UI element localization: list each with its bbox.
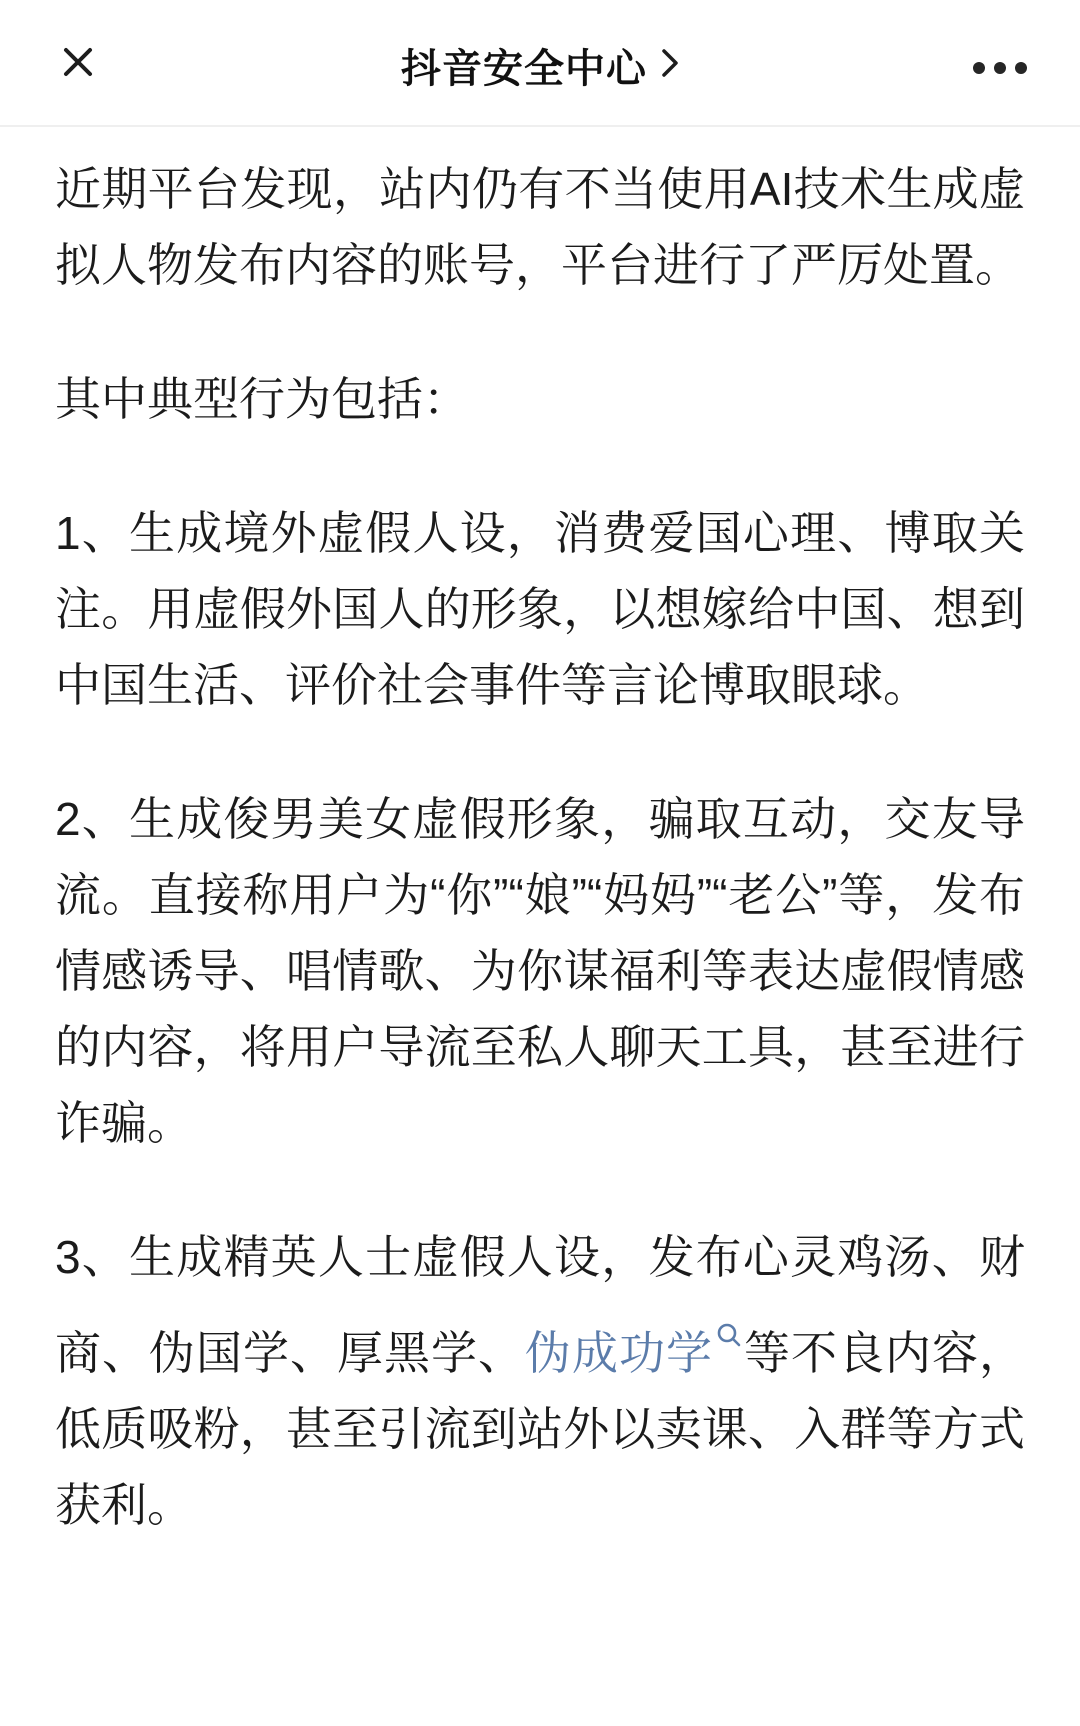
close-button[interactable]	[55, 39, 101, 90]
list-header-paragraph: 其中典型行为包括：	[55, 361, 1025, 437]
intro-paragraph: 近期平台发现，站内仍有不当使用AI技术生成虚拟人物发布内容的账号，平台进行了严厉…	[55, 151, 1025, 303]
more-menu-button[interactable]	[973, 62, 1027, 74]
behavior-item-3: 3、生成精英人士虚假人设，发布心灵鸡汤、财商、伪国学、厚黑学、伪成功学 等不良内…	[55, 1219, 1025, 1543]
chevron-right-icon	[659, 45, 681, 86]
search-keyword-link[interactable]: 伪成功学	[525, 1327, 743, 1379]
top-navbar: 抖音安全中心	[0, 0, 1080, 127]
ellipsis-icon	[973, 62, 1027, 74]
behavior-item-1: 1、生成境外虚假人设，消费爱国心理、博取关注。用虚假外国人的形象，以想嫁给中国、…	[55, 495, 1025, 723]
search-magnifier-icon	[715, 1295, 743, 1371]
close-icon	[55, 39, 101, 90]
article-body: 近期平台发现，站内仍有不当使用AI技术生成虚拟人物发布内容的账号，平台进行了严厉…	[0, 127, 1080, 1543]
search-keyword-text: 伪成功学	[525, 1327, 713, 1379]
account-title-link[interactable]: 抖音安全中心	[135, 37, 947, 94]
behavior-item-2: 2、生成俊男美女虚假形象，骗取互动，交友导流。直接称用户为“你”“娘”“妈妈”“…	[55, 781, 1025, 1161]
page-title: 抖音安全中心	[401, 37, 647, 94]
